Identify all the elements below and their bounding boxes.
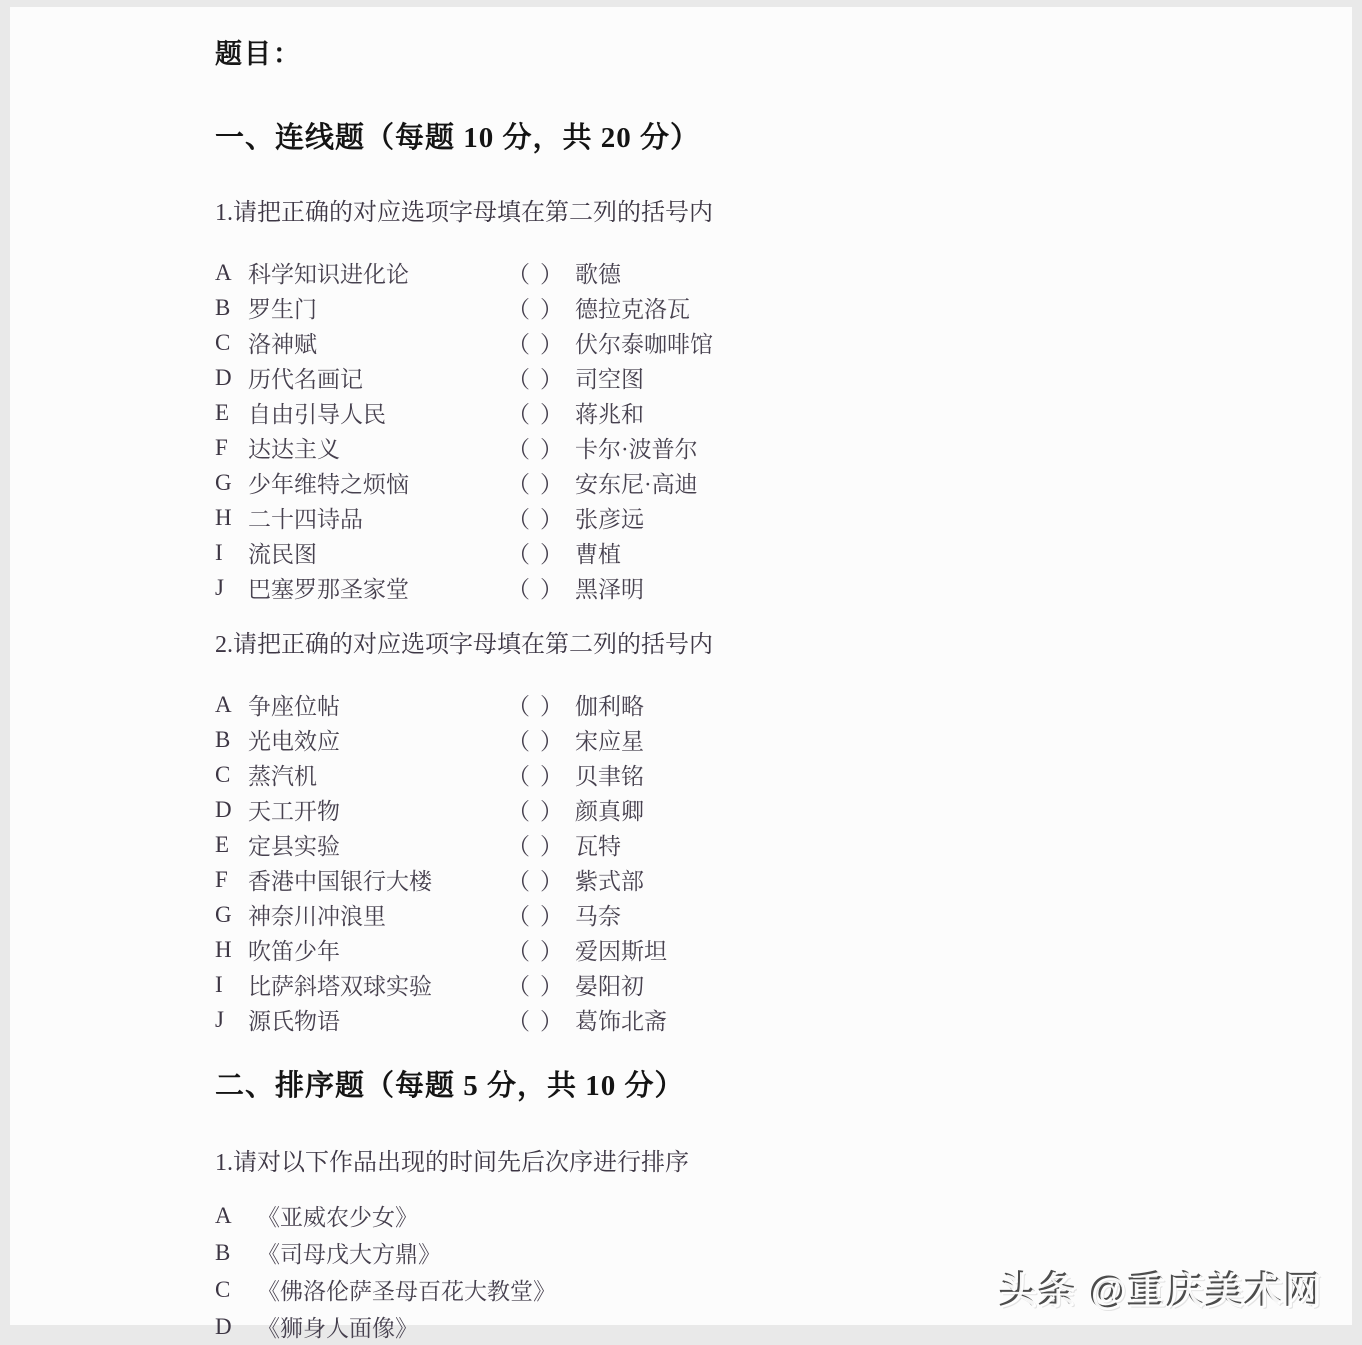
right-item-label: 瓦特	[575, 828, 1352, 861]
bracket-open: （	[507, 536, 530, 569]
right-item-label: 蒋兆和	[575, 396, 1352, 429]
bracket-open: （	[507, 723, 530, 756]
option-letter: F	[215, 867, 248, 893]
left-item-label: 二十四诗品	[248, 501, 507, 534]
exam-content: 题目： 一、连线题（每题 10 分，共 20 分） 1.请把正确的对应选项字母填…	[10, 7, 1352, 1334]
right-item-label: 葛饰北斋	[575, 1003, 1352, 1036]
answer-brackets: （）	[507, 1003, 575, 1036]
bracket-open: （	[507, 933, 530, 966]
bracket-open: （	[507, 1003, 530, 1036]
exam-document-page: 题目： 一、连线题（每题 10 分，共 20 分） 1.请把正确的对应选项字母填…	[10, 7, 1352, 1325]
option-letter: J	[215, 575, 248, 601]
option-letter: D	[215, 1314, 257, 1335]
option-letter: I	[215, 972, 248, 998]
answer-brackets: （）	[507, 571, 575, 604]
match-row: A 科学知识进化论 （） 歌德	[215, 255, 1352, 290]
bracket-open: （	[507, 828, 530, 861]
left-item-label: 争座位帖	[248, 688, 507, 721]
right-item-label: 司空图	[575, 361, 1352, 394]
right-item-label: 卡尔·波普尔	[575, 431, 1352, 464]
match-row: I 比萨斜塔双球实验 （） 晏阳初	[215, 967, 1352, 1002]
left-item-label: 比萨斜塔双球实验	[248, 968, 507, 1001]
option-letter: G	[215, 470, 248, 496]
bracket-close: ）	[540, 256, 563, 289]
right-item-label: 黑泽明	[575, 571, 1352, 604]
bracket-close: ）	[540, 536, 563, 569]
bracket-close: ）	[540, 898, 563, 931]
right-item-label: 紫式部	[575, 863, 1352, 896]
left-item-label: 光电效应	[248, 723, 507, 756]
option-letter: B	[215, 727, 248, 753]
right-item-label: 安东尼·高迪	[575, 466, 1352, 499]
match-row: F 香港中国银行大楼 （） 紫式部	[215, 862, 1352, 897]
match-row: D 历代名画记 （） 司空图	[215, 360, 1352, 395]
answer-brackets: （）	[507, 396, 575, 429]
right-item-label: 曹植	[575, 536, 1352, 569]
document-title: 题目：	[215, 37, 1352, 71]
answer-brackets: （）	[507, 256, 575, 289]
bracket-open: （	[507, 758, 530, 791]
option-letter: B	[215, 1240, 257, 1266]
bracket-close: ）	[540, 501, 563, 534]
bracket-close: ）	[540, 326, 563, 359]
left-item-label: 流民图	[248, 536, 507, 569]
right-item-label: 马奈	[575, 898, 1352, 931]
right-item-label: 德拉克洛瓦	[575, 291, 1352, 324]
bracket-open: （	[507, 688, 530, 721]
right-item-label: 爱因斯坦	[575, 933, 1352, 966]
bracket-open: （	[507, 291, 530, 324]
answer-brackets: （）	[507, 793, 575, 826]
answer-brackets: （）	[507, 758, 575, 791]
option-letter: H	[215, 505, 248, 531]
bracket-close: ）	[540, 361, 563, 394]
work-title-label: 《亚威农少女》	[257, 1199, 1352, 1232]
option-letter: I	[215, 540, 248, 566]
left-item-label: 少年维特之烦恼	[248, 466, 507, 499]
answer-brackets: （）	[507, 291, 575, 324]
left-item-label: 吹笛少年	[248, 933, 507, 966]
bracket-close: ）	[540, 1003, 563, 1036]
section1-question1-prompt: 1.请把正确的对应选项字母填在第二列的括号内	[215, 197, 1352, 229]
right-item-label: 歌德	[575, 256, 1352, 289]
bracket-open: （	[507, 256, 530, 289]
bracket-close: ）	[540, 688, 563, 721]
bracket-close: ）	[540, 793, 563, 826]
answer-brackets: （）	[507, 466, 575, 499]
bracket-close: ）	[540, 968, 563, 1001]
option-letter: B	[215, 295, 248, 321]
option-letter: C	[215, 330, 248, 356]
option-letter: A	[215, 1203, 257, 1229]
match-row: J 源氏物语 （） 葛饰北斋	[215, 1002, 1352, 1037]
watermark-label: 头条 @重庆美术网	[1001, 1261, 1324, 1315]
answer-brackets: （）	[507, 431, 575, 464]
section1-heading: 一、连线题（每题 10 分，共 20 分）	[215, 119, 1352, 157]
bracket-open: （	[507, 571, 530, 604]
left-item-label: 源氏物语	[248, 1003, 507, 1036]
match-row: E 自由引导人民 （） 蒋兆和	[215, 395, 1352, 430]
section2-heading: 二、排序题（每题 5 分，共 10 分）	[215, 1067, 1352, 1105]
left-item-label: 神奈川冲浪里	[248, 898, 507, 931]
answer-brackets: （）	[507, 501, 575, 534]
bracket-close: ）	[540, 933, 563, 966]
option-letter: D	[215, 365, 248, 391]
left-item-label: 自由引导人民	[248, 396, 507, 429]
answer-brackets: （）	[507, 723, 575, 756]
left-item-label: 达达主义	[248, 431, 507, 464]
bracket-close: ）	[540, 396, 563, 429]
left-item-label: 历代名画记	[248, 361, 507, 394]
match-row: C 蒸汽机 （） 贝聿铭	[215, 757, 1352, 792]
right-item-label: 贝聿铭	[575, 758, 1352, 791]
bracket-close: ）	[540, 828, 563, 861]
left-item-label: 定县实验	[248, 828, 507, 861]
match-row: H 二十四诗品 （） 张彦远	[215, 500, 1352, 535]
option-letter: C	[215, 762, 248, 788]
bracket-open: （	[507, 466, 530, 499]
matching-list-1: A 科学知识进化论 （） 歌德 B 罗生门 （） 德拉克洛瓦 C 洛神赋 （）	[215, 255, 1352, 605]
bracket-close: ）	[540, 466, 563, 499]
match-row: A 争座位帖 （） 伽利略	[215, 687, 1352, 722]
bracket-open: （	[507, 793, 530, 826]
match-row: H 吹笛少年 （） 爱因斯坦	[215, 932, 1352, 967]
left-item-label: 香港中国银行大楼	[248, 863, 507, 896]
right-item-label: 伏尔泰咖啡馆	[575, 326, 1352, 359]
match-row: G 少年维特之烦恼 （） 安东尼·高迪	[215, 465, 1352, 500]
answer-brackets: （）	[507, 361, 575, 394]
option-letter: A	[215, 692, 248, 718]
right-item-label: 张彦远	[575, 501, 1352, 534]
option-letter: J	[215, 1007, 248, 1033]
left-item-label: 罗生门	[248, 291, 507, 324]
match-row: D 天工开物 （） 颜真卿	[215, 792, 1352, 827]
bracket-close: ）	[540, 758, 563, 791]
left-item-label: 蒸汽机	[248, 758, 507, 791]
bracket-close: ）	[540, 291, 563, 324]
answer-brackets: （）	[507, 968, 575, 1001]
bracket-open: （	[507, 898, 530, 931]
left-item-label: 科学知识进化论	[248, 256, 507, 289]
right-item-label: 宋应星	[575, 723, 1352, 756]
bracket-open: （	[507, 361, 530, 394]
match-row: F 达达主义 （） 卡尔·波普尔	[215, 430, 1352, 465]
match-row: I 流民图 （） 曹植	[215, 535, 1352, 570]
answer-brackets: （）	[507, 863, 575, 896]
order-row: A 《亚威农少女》	[215, 1197, 1352, 1234]
match-row: C 洛神赋 （） 伏尔泰咖啡馆	[215, 325, 1352, 360]
match-row: B 光电效应 （） 宋应星	[215, 722, 1352, 757]
bracket-close: ）	[540, 863, 563, 896]
section1-question2-prompt: 2.请把正确的对应选项字母填在第二列的括号内	[215, 629, 1352, 661]
answer-brackets: （）	[507, 828, 575, 861]
bracket-open: （	[507, 501, 530, 534]
bracket-close: ）	[540, 723, 563, 756]
bracket-close: ）	[540, 431, 563, 464]
option-letter: C	[215, 1277, 257, 1303]
right-item-label: 伽利略	[575, 688, 1352, 721]
option-letter: H	[215, 937, 248, 963]
right-item-label: 晏阳初	[575, 968, 1352, 1001]
left-item-label: 天工开物	[248, 793, 507, 826]
answer-brackets: （）	[507, 933, 575, 966]
answer-brackets: （）	[507, 688, 575, 721]
answer-brackets: （）	[507, 898, 575, 931]
option-letter: E	[215, 400, 248, 426]
option-letter: F	[215, 435, 248, 461]
right-item-label: 颜真卿	[575, 793, 1352, 826]
answer-brackets: （）	[507, 536, 575, 569]
option-letter: D	[215, 797, 248, 823]
match-row: B 罗生门 （） 德拉克洛瓦	[215, 290, 1352, 325]
left-item-label: 巴塞罗那圣家堂	[248, 571, 507, 604]
left-item-label: 洛神赋	[248, 326, 507, 359]
section2-question1-prompt: 1.请对以下作品出现的时间先后次序进行排序	[215, 1147, 1352, 1179]
bracket-open: （	[507, 431, 530, 464]
bracket-open: （	[507, 968, 530, 1001]
bracket-close: ）	[540, 571, 563, 604]
match-row: G 神奈川冲浪里 （） 马奈	[215, 897, 1352, 932]
match-row: J 巴塞罗那圣家堂 （） 黑泽明	[215, 570, 1352, 605]
option-letter: E	[215, 832, 248, 858]
answer-brackets: （）	[507, 326, 575, 359]
match-row: E 定县实验 （） 瓦特	[215, 827, 1352, 862]
bracket-open: （	[507, 326, 530, 359]
option-letter: A	[215, 260, 248, 286]
bracket-open: （	[507, 863, 530, 896]
option-letter: G	[215, 902, 248, 928]
bracket-open: （	[507, 396, 530, 429]
matching-list-2: A 争座位帖 （） 伽利略 B 光电效应 （） 宋应星 C 蒸汽机 （） 贝聿铭	[215, 687, 1352, 1037]
